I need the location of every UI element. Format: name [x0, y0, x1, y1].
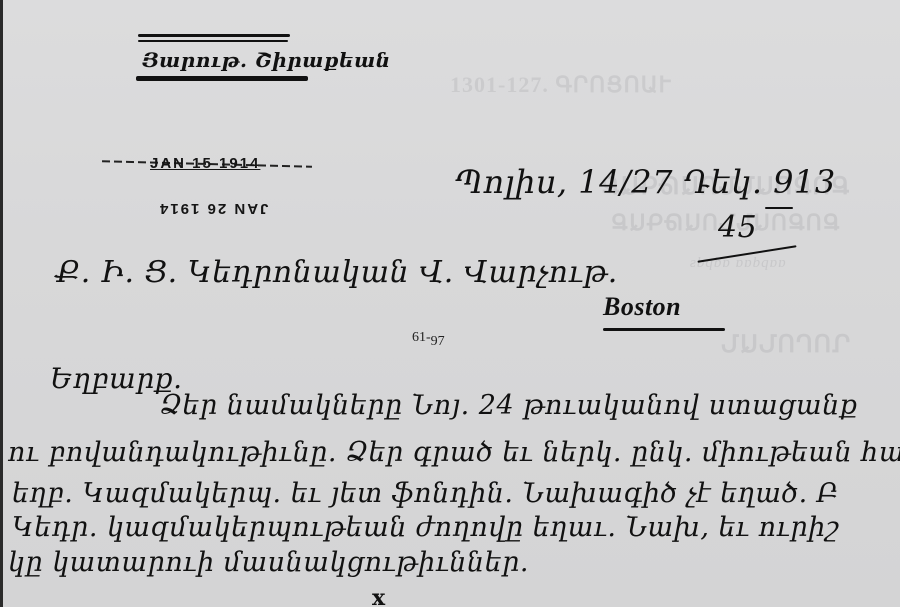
stamp-rule [138, 34, 290, 37]
received-date-stamp: JAN 15 1914 [150, 155, 260, 172]
city-underline [603, 328, 725, 331]
folio-sub: 97 [431, 334, 445, 349]
bleed-through-text: 1301-127. ԳՐՈՑՈԱՒ [450, 72, 671, 98]
bleed-through-text: ƨbqbɒ ɒɒbqɒɒ [690, 255, 787, 272]
signature-stamp: Յարութ. Շիրաքեան [138, 34, 318, 84]
stamp-rule [136, 76, 308, 81]
folio-main: 61 [412, 330, 426, 345]
letter-date: Պոլիս, 14/27 Դեկ. 913 [455, 163, 836, 201]
city: Boston [603, 292, 681, 322]
page-edge-shadow [0, 0, 3, 607]
reference-number: 45 [718, 210, 757, 245]
stamp-rule [138, 40, 288, 42]
folio-number: 61-97 [412, 330, 445, 350]
bleed-through-text: ՂՈՐՈՆԱՆ [720, 330, 850, 359]
document-page: 1301-127. ԳՐՈՑՈԱՒ ՔՈՔՈԱՆՆՈԱԹԳԱՔ ՔՈՔՈԱՆՆՈ… [0, 0, 900, 607]
closing-mark: x [372, 585, 386, 607]
signature-text: Յարութ. Շիրաքեան [142, 48, 391, 72]
body-line: Կեդր. կազմակերպութեան ժողովը եղաւ. Նախ, … [12, 512, 839, 543]
addressee: Ք. Ի. Ց. Կեդրոնական Վ. Վարչութ. [55, 255, 618, 290]
reference-overline [765, 207, 793, 209]
received-date-stamp-inverted: JAN 26 1914 [158, 200, 268, 217]
body-line: կը կատարուի մասնակցութիւններ. [8, 547, 529, 578]
body-line: ու բովանդակութիւնը. Ձեր գրած եւ ներկ. ըն… [8, 437, 900, 468]
body-line: եղբ. Կազմակերպ. եւ յետ ֆոնդին. Նախագիծ չ… [12, 478, 839, 509]
body-line: Ձեր նամակները Նոյ. 24 թուականով ստացանք [160, 390, 857, 421]
